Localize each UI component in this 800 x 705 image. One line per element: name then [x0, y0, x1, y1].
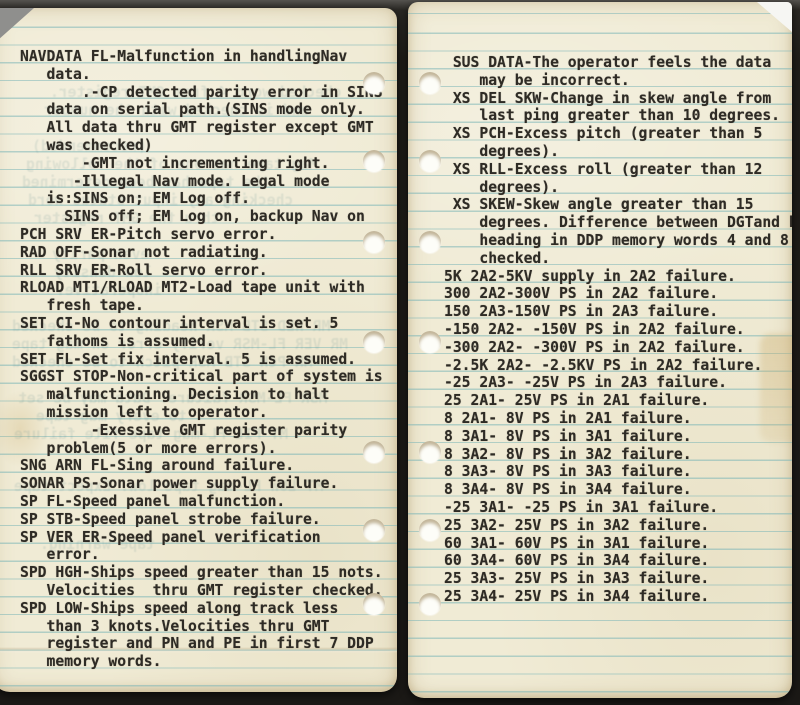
text-line: was checked) [20, 137, 397, 155]
text-line: 300 2A2-300V PS in 2A2 failure. [444, 285, 792, 303]
text-line: degrees). [444, 143, 792, 161]
text-line: error. [20, 546, 397, 564]
text-line: -25 3A1- -25 PS in 3A1 failure. [444, 499, 792, 517]
text-line: SPD HGH-Ships speed greater than 15 nots… [20, 564, 397, 582]
text-line: than 3 knots.Velocities thru GMT [20, 618, 397, 636]
text-line: may be incorrect. [444, 72, 792, 90]
punch-hole [419, 150, 441, 172]
text-line: -GMT not incrementing right. [20, 155, 397, 173]
text-line: -Illegal Nav mode. Legal mode [20, 173, 397, 191]
text-line: SET FL-Set fix interval. 5 is assumed. [20, 351, 397, 369]
text-line: XS PCH-Excess pitch (greater than 5 [444, 125, 792, 143]
right-page: SUS DATA-The operator feels the data may… [408, 2, 792, 698]
punch-hole [419, 441, 441, 463]
right-page-text: SUS DATA-The operator feels the data may… [444, 54, 792, 606]
text-line: -300 2A2- -300V PS in 2A2 failure. [444, 339, 792, 357]
text-line: register and PN and PE in first 7 DDP [20, 635, 397, 653]
text-line: is:SINS on; EM Log off. [20, 190, 397, 208]
text-line: SP STB-Speed panel strobe failure. [20, 511, 397, 529]
text-line: RAD OFF-Sonar not radiating. [20, 244, 397, 262]
text-line: NAVDATA FL-Malfunction in handlingNav [20, 48, 397, 66]
text-line: 8 3A4- 8V PS in 3A4 failure. [444, 481, 792, 499]
text-line: 8 2A1- 8V PS in 2A1 failure. [444, 410, 792, 428]
punch-hole [363, 441, 385, 463]
text-line: XS SKEW-Skew angle greater than 15 [444, 196, 792, 214]
text-line: 25 3A3- 25V PS in 3A3 failure. [444, 570, 792, 588]
text-line: checked. [444, 250, 792, 268]
text-line: SUS DATA-The operator feels the data [444, 54, 792, 72]
torn-corner [0, 8, 34, 40]
text-line: -2.5K 2A2- -2.5KV PS in 2A2 failure. [444, 357, 792, 375]
text-line: SET CI-No contour interval is set. 5 [20, 315, 397, 333]
text-line: 25 3A2- 25V PS in 3A2 failure. [444, 517, 792, 535]
text-line: problem(5 or more errors). [20, 440, 397, 458]
text-line: Velocities thru GMT register checked. [20, 582, 397, 600]
text-line: XS RLL-Excess roll (greater than 12 [444, 161, 792, 179]
text-line: heading in DDP memory words 4 and 8 [444, 232, 792, 250]
punch-hole [363, 593, 385, 615]
text-line: data on serial path.(SINS mode only. [20, 101, 397, 119]
punch-hole [363, 150, 385, 172]
text-line: mission left to operator. [20, 404, 397, 422]
text-line: fathoms is assumed. [20, 333, 397, 351]
text-line: All data thru GMT register except GMT [20, 119, 397, 137]
punch-hole [363, 331, 385, 353]
text-line: 25 3A4- 25V PS in 3A4 failure. [444, 588, 792, 606]
punch-hole [419, 593, 441, 615]
text-line: SGGST STOP-Non-critical part of system i… [20, 368, 397, 386]
text-line: -Exessive GMT register parity [20, 422, 397, 440]
punch-hole [363, 72, 385, 94]
text-line: 8 3A2- 8V PS in 3A2 failure. [444, 446, 792, 464]
clipped-corner [757, 2, 792, 32]
text-line: SP FL-Speed panel malfunction. [20, 493, 397, 511]
text-line: SINS off; EM Log on, backup Nav on [20, 208, 397, 226]
punch-hole [363, 519, 385, 541]
punch-hole [363, 231, 385, 253]
punch-hole [419, 231, 441, 253]
punch-hole [419, 331, 441, 353]
text-line: data. [20, 66, 397, 84]
text-line: SP VER ER-Speed panel verification [20, 529, 397, 547]
text-line: degrees. Difference between DGTand he [444, 214, 792, 232]
left-page-text: NAVDATA FL-Malfunction in handlingNav da… [20, 48, 397, 671]
text-line: 25 2A1- 25V PS in 2A1 failure. [444, 392, 792, 410]
text-line: PCH SRV ER-Pitch servo error. [20, 226, 397, 244]
text-line: malfunctioning. Decision to halt [20, 386, 397, 404]
text-line: fresh tape. [20, 297, 397, 315]
text-line: last ping greater than 10 degrees. [444, 107, 792, 125]
text-line: 8 3A1- 8V PS in 3A1 failure. [444, 428, 792, 446]
punch-hole [419, 72, 441, 94]
text-line: 8 3A3- 8V PS in 3A3 failure. [444, 463, 792, 481]
text-line: memory words. [20, 653, 397, 671]
text-line: degrees). [444, 179, 792, 197]
text-line: .-CP detected parity error in SINS [20, 84, 397, 102]
punch-hole [419, 519, 441, 541]
text-line: SONAR PS-Sonar power supply failure. [20, 475, 397, 493]
text-line: 60 3A1- 60V PS in 3A1 failure. [444, 535, 792, 553]
text-line: 150 2A3-150V PS in 2A3 failure. [444, 303, 792, 321]
text-line: -25 2A3- -25V PS in 2A3 failure. [444, 374, 792, 392]
text-line: SNG ARN FL-Sing around failure. [20, 457, 397, 475]
text-line: -150 2A2- -150V PS in 2A2 failure. [444, 321, 792, 339]
text-line: SPD LOW-Ships speed along track less [20, 600, 397, 618]
notebook-scan: checked word 4 from GMT register.and is … [0, 0, 800, 705]
text-line: 60 3A4- 60V PS in 3A4 failure. [444, 552, 792, 570]
text-line: RLOAD MT1/RLOAD MT2-Load tape unit with [20, 279, 397, 297]
text-line: XS DEL SKW-Change in skew angle from [444, 90, 792, 108]
left-page: checked word 4 from GMT register.and is … [0, 8, 397, 692]
text-line: 5K 2A2-5KV supply in 2A2 failure. [444, 268, 792, 286]
text-line: RLL SRV ER-Roll servo error. [20, 262, 397, 280]
